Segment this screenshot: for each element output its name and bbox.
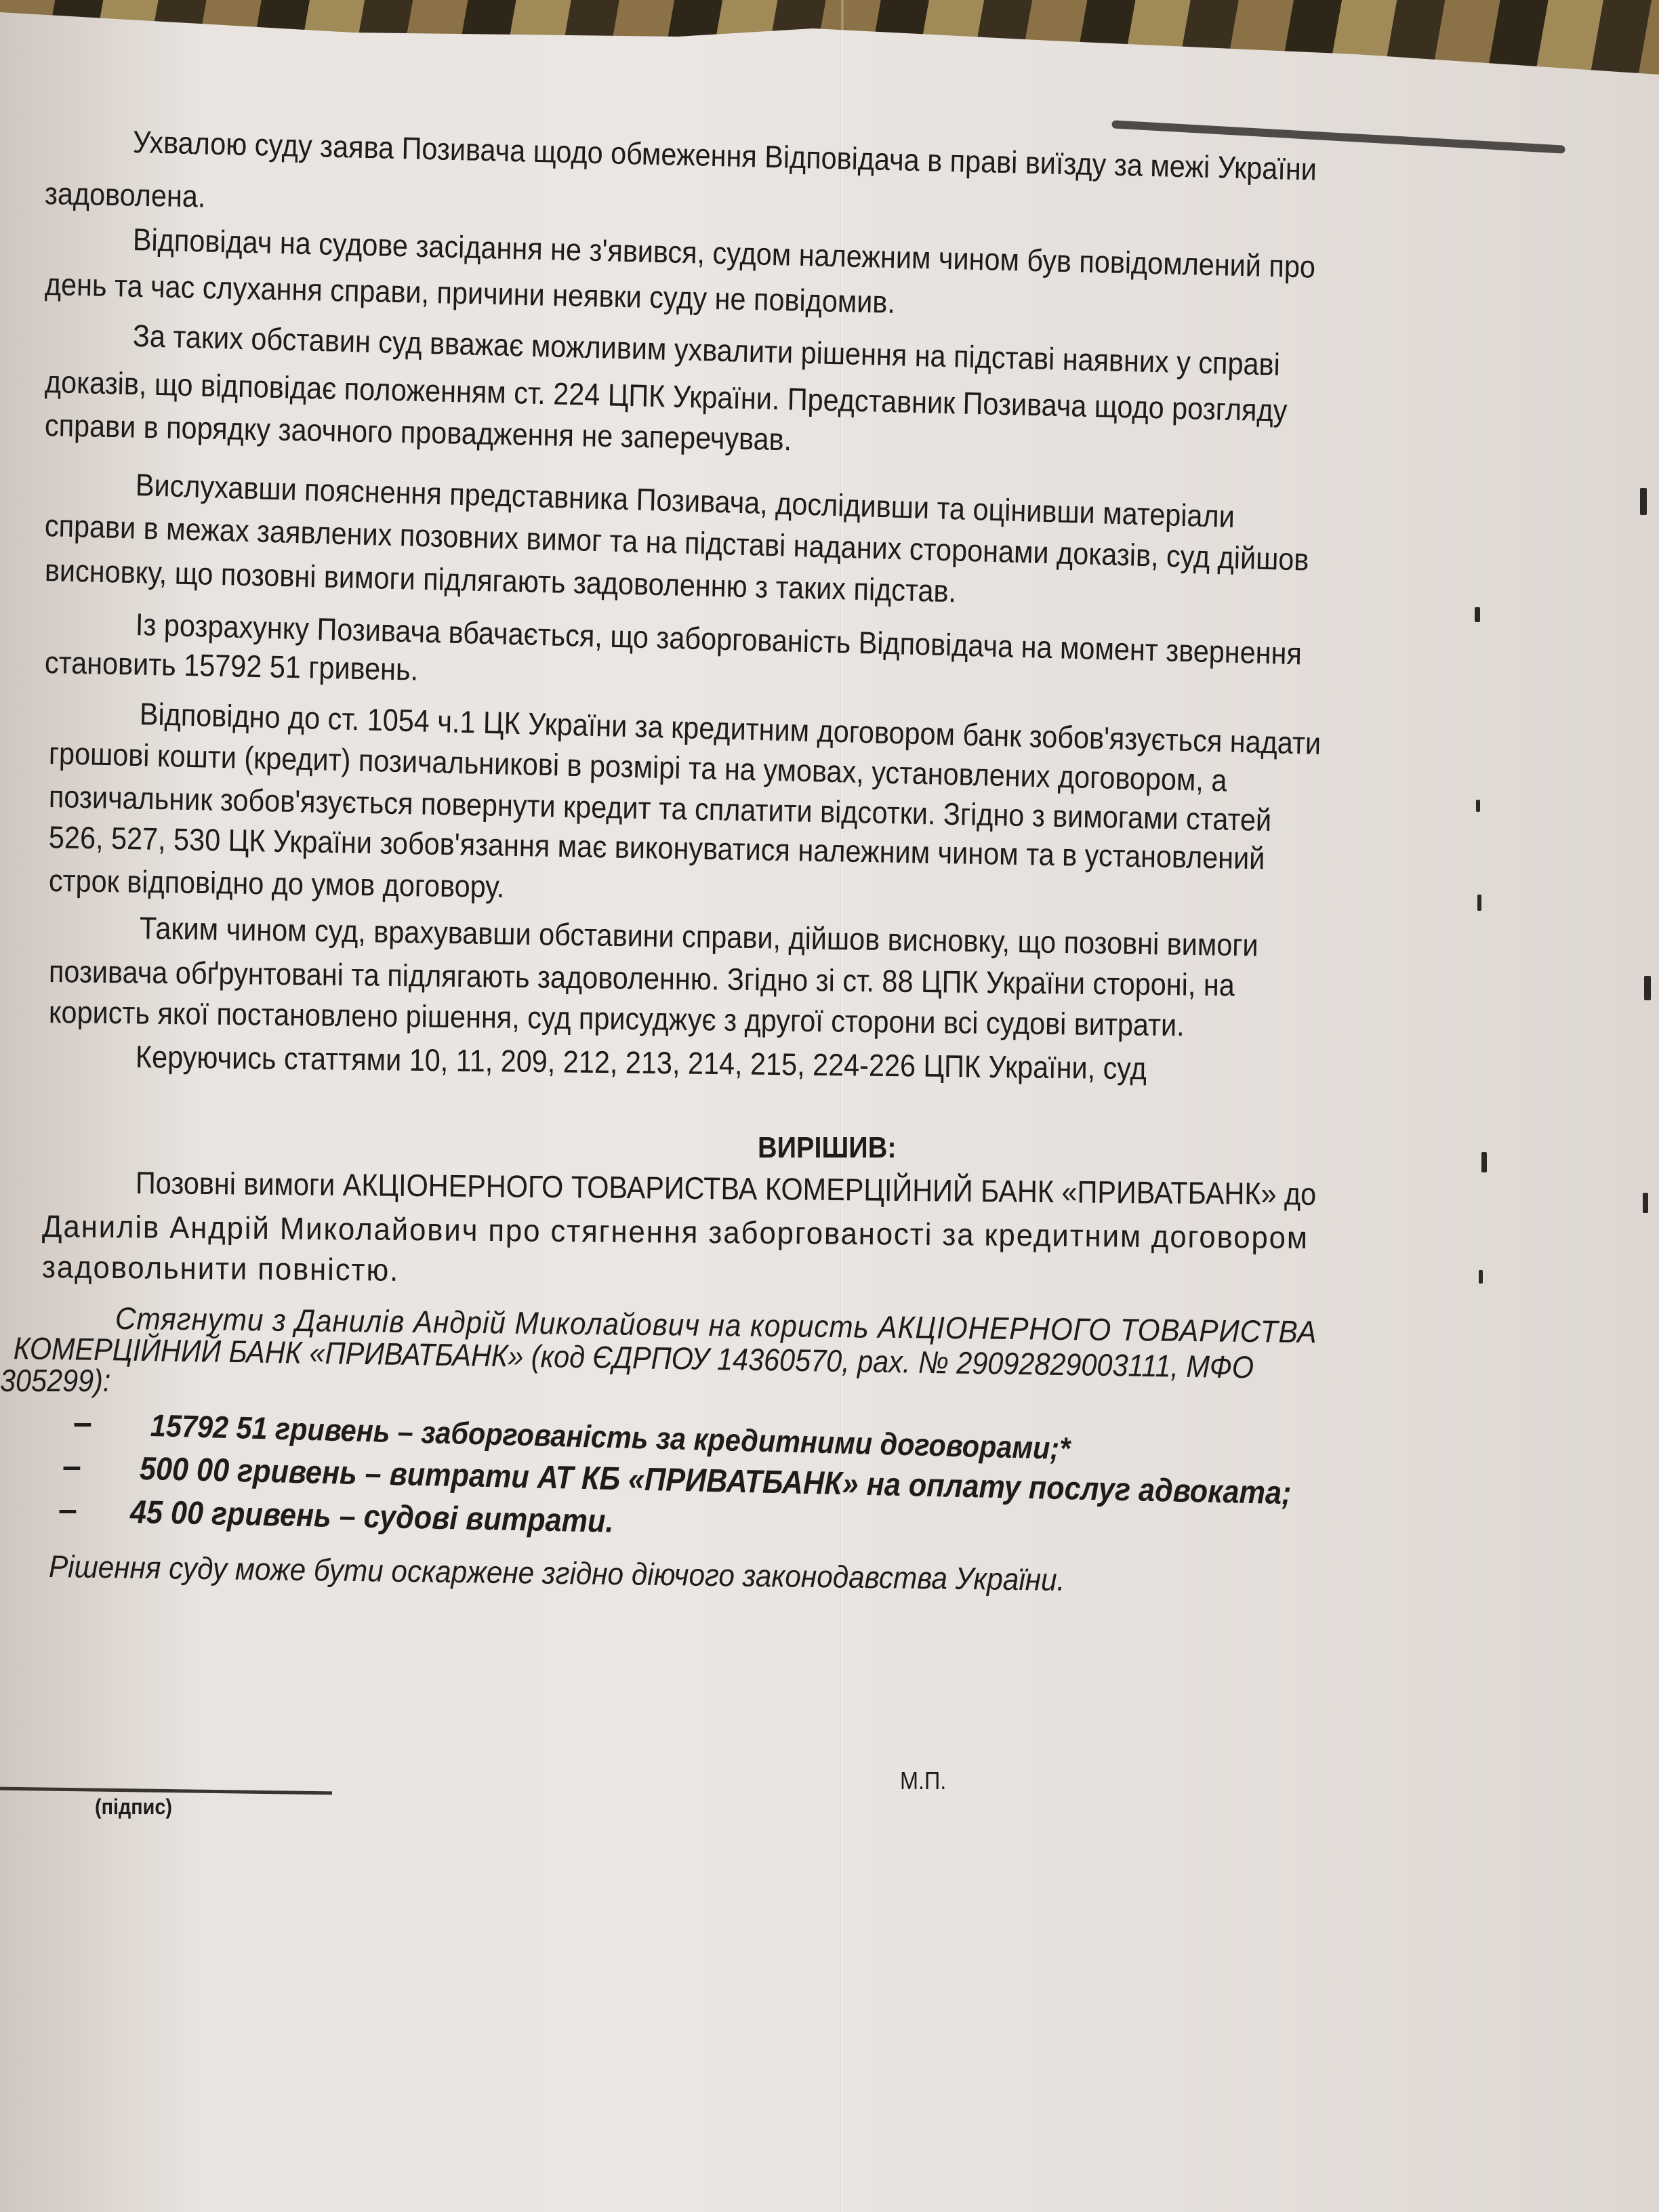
toner-speck xyxy=(1476,800,1480,812)
award-item: 45 00 гривень – судові витрати. xyxy=(130,1496,614,1538)
paragraph-line: строк відповідно до умов договору. xyxy=(49,865,505,902)
toner-speck xyxy=(1477,895,1481,911)
toner-speck xyxy=(1475,607,1480,622)
stamp-label: М.П. xyxy=(900,1769,946,1793)
bullet-dash: – xyxy=(62,1446,81,1486)
toner-speck xyxy=(1481,1152,1487,1172)
paragraph-line: становить 15792 51 гривень. xyxy=(45,647,419,685)
paragraph-line: справи в порядку заочного провадження не… xyxy=(45,409,792,455)
appeal-note: Рішення суду може бути оскаржене згідно … xyxy=(49,1551,1065,1595)
paragraph-line: день та час слухання справи, причини нея… xyxy=(45,268,896,318)
decision-line: Позовні вимоги АКЦІОНЕРНОГО ТОВАРИСТВА К… xyxy=(136,1167,1317,1210)
decision-line: задовольнити повністю. xyxy=(42,1251,400,1286)
bullet-dash: – xyxy=(58,1490,77,1529)
signature-line xyxy=(0,1787,332,1795)
decision-line: Данилів Андрій Миколайович про стягнення… xyxy=(42,1210,1309,1253)
toner-speck xyxy=(1644,976,1651,1000)
paragraph-line: Таким чином суд, врахувавши обставини сп… xyxy=(140,912,1258,961)
toner-speck xyxy=(1643,1193,1648,1213)
paragraph-line: користь якої постановлено рішення, суд п… xyxy=(49,996,1185,1040)
decision-line: 305299): xyxy=(0,1365,110,1396)
toner-speck xyxy=(1479,1270,1483,1284)
paragraph-line: задоволена. xyxy=(45,178,206,212)
court-decision-text: Ухвалою суду заява Позивача щодо обмежен… xyxy=(0,0,1659,2212)
bullet-dash: – xyxy=(73,1403,92,1442)
signature-label: (підпис) xyxy=(95,1796,172,1818)
paragraph-line: Керуючись статтями 10, 11, 209, 212, 213… xyxy=(136,1041,1147,1084)
decision-heading: ВИРІШИВ: xyxy=(758,1133,897,1163)
toner-speck xyxy=(1640,488,1647,515)
paragraph-line: Ухвалою суду заява Позивача щодо обмежен… xyxy=(133,126,1317,185)
paragraph-line: позивача обґрунтовані та підлягають задо… xyxy=(49,956,1235,1000)
